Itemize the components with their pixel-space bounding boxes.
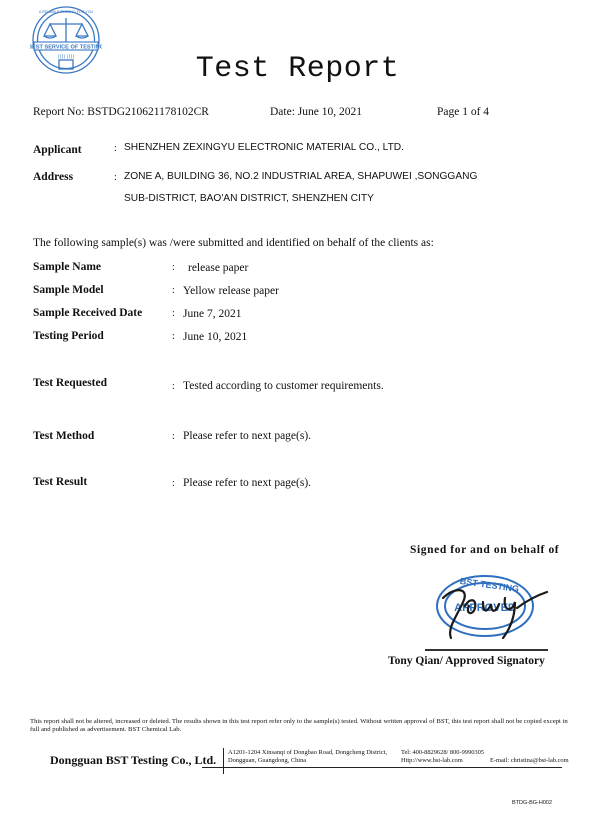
signed-for-text: Signed for and on behalf of [410, 544, 559, 556]
footer-tel: Tel: 400-8829628/ 800-9990305 [401, 749, 569, 757]
test-requested-value: Tested according to customer requirement… [183, 380, 384, 392]
colon: : [114, 143, 117, 154]
intro-text: The following sample(s) was /were submit… [33, 237, 434, 249]
footer-disclaimer: This report shall not be altered, increa… [30, 718, 570, 735]
address-line-2: Dongguan, Guangdong, China [228, 757, 387, 765]
company-name: Dongguan BST Testing Co., Ltd. [50, 753, 216, 768]
testing-period-label: Testing Period [33, 330, 104, 342]
colon: : [172, 308, 175, 319]
signature-line [425, 649, 548, 651]
approved-stamp-icon: BST TESTING APPROVED [425, 568, 555, 646]
test-result-label: Test Result [33, 476, 87, 488]
colon: : [172, 331, 175, 342]
test-method-value: Please refer to next page(s). [183, 430, 311, 442]
testing-period-value: June 10, 2021 [183, 331, 247, 343]
footer-address: A1201-1204 Xinsanqi of Dongbao Road, Don… [228, 749, 387, 764]
stamp-top-text: BST TESTING [459, 576, 519, 594]
logo-banner-text: BEST SERVICE OF TESTING [30, 45, 102, 51]
address-line-1: ZONE A, BUILDING 36, NO.2 INDUSTRIAL ARE… [124, 171, 477, 182]
applicant-value: SHENZHEN ZEXINGYU ELECTRONIC MATERIAL CO… [124, 142, 404, 153]
sample-model-label: Sample Model [33, 284, 104, 296]
address-line-1: A1201-1204 Xinsanqi of Dongbao Road, Don… [228, 749, 387, 757]
sample-received-date-label: Sample Received Date [33, 307, 142, 319]
sample-received-date-value: June 7, 2021 [183, 308, 241, 320]
footer-contact: Tel: 400-8829628/ 800-9990305 Http://www… [401, 749, 569, 764]
test-result-value: Please refer to next page(s). [183, 477, 311, 489]
test-requested-label: Test Requested [33, 377, 107, 389]
colon: : [172, 285, 175, 296]
colon: : [172, 431, 175, 442]
signatory-name: Tony Qian/ Approved Signatory [388, 655, 545, 667]
form-code: BTDG-BG-H002 [512, 800, 552, 806]
colon: : [172, 381, 175, 392]
colon: : [172, 478, 175, 489]
report-number: Report No: BSTDG210621178102CR [33, 106, 209, 118]
logo-arc-text: A RELIABLE TESTING FOR YOU [39, 10, 94, 14]
address-label: Address [33, 171, 73, 183]
test-method-label: Test Method [33, 430, 94, 442]
address-line-2: SUB-DISTRICT, BAO'AN DISTRICT, SHENZHEN … [124, 193, 374, 204]
footer-divider-vertical [223, 748, 224, 774]
footer-website-link[interactable]: Http://www.bst-lab.com [401, 757, 463, 764]
colon: : [114, 172, 117, 183]
applicant-label: Applicant [33, 144, 82, 156]
sample-name-value: release paper [188, 262, 248, 274]
page-number: Page 1 of 4 [437, 106, 489, 118]
report-date: Date: June 10, 2021 [270, 106, 362, 118]
footer-email-link[interactable]: E-mail: christina@bst-lab.com [490, 757, 569, 764]
footer-divider-horizontal [202, 767, 562, 768]
page-title: Test Report [0, 52, 595, 86]
sample-model-value: Yellow release paper [183, 285, 279, 297]
sample-name-label: Sample Name [33, 261, 101, 273]
colon: : [172, 262, 175, 273]
